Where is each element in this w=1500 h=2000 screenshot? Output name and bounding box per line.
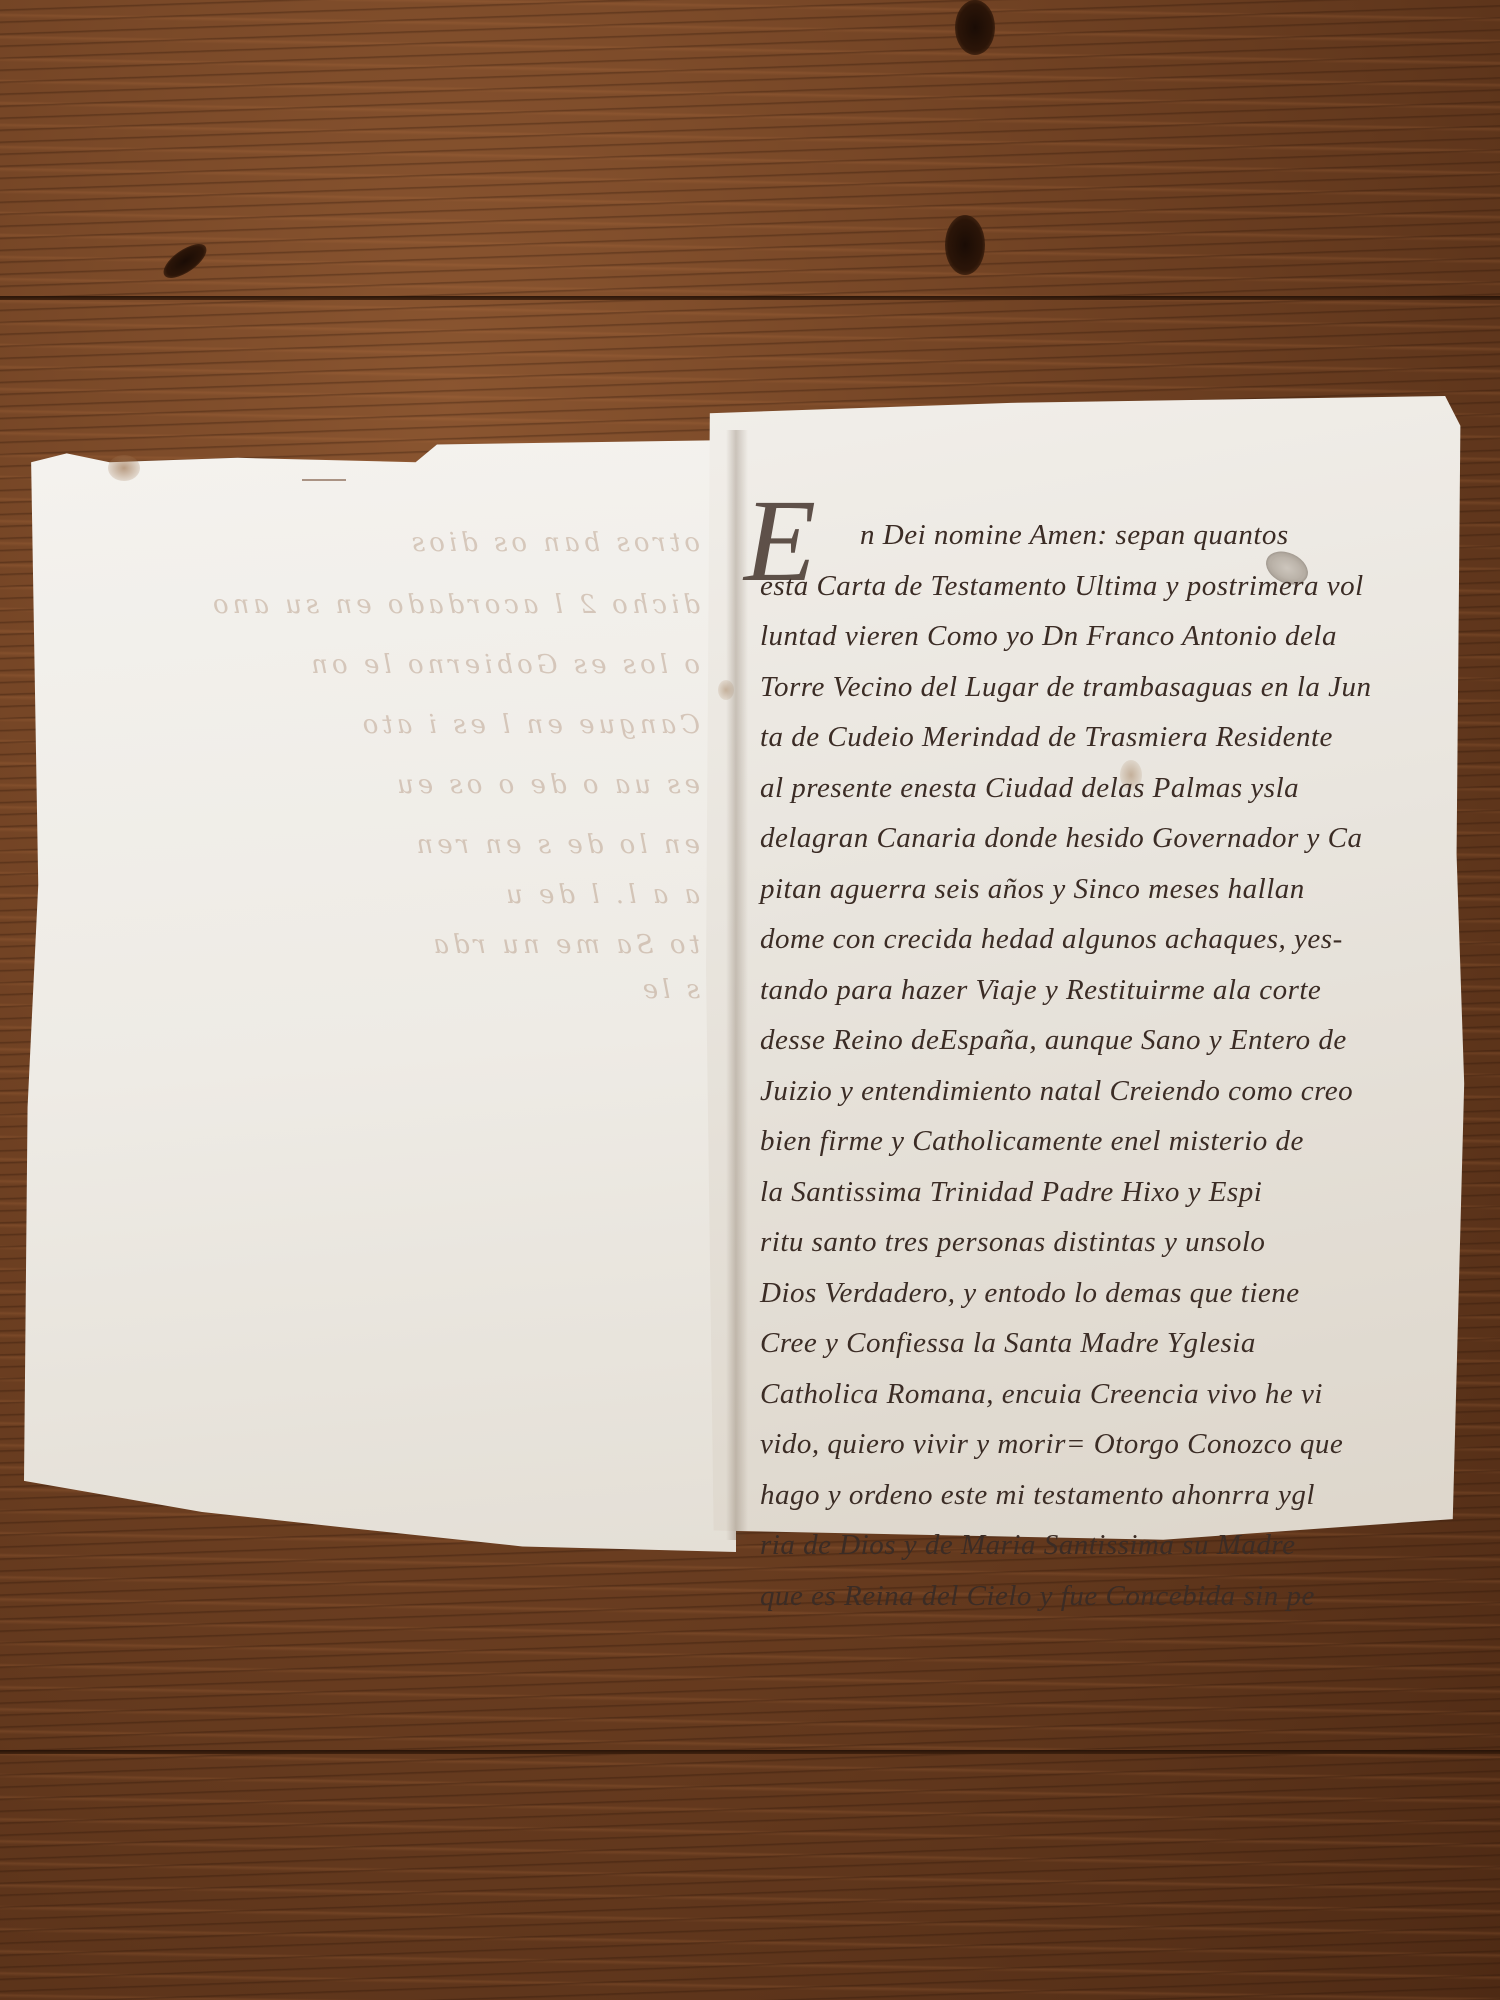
manuscript-line: dome con crecida hedad algunos achaques,… [760, 914, 1450, 965]
manuscript-line: luntad vieren Como yo Dn Franco Antonio … [760, 611, 1450, 662]
manuscript-line: la Santissima Trinidad Padre Hixo y Espi [760, 1167, 1450, 1218]
paper-stain [108, 455, 140, 481]
page-cross-mark [302, 479, 346, 481]
wood-knot [945, 215, 985, 275]
table-plank-seam [0, 1750, 1500, 1754]
bleed-through-line: dicho 2 l acordado en su ano [60, 590, 700, 620]
manuscript-line: Cree y Confiessa la Santa Madre Yglesia [760, 1318, 1450, 1369]
table-plank-seam [0, 296, 1500, 300]
manuscript-line: n Dei nomine Amen: sepan quantos [760, 510, 1450, 561]
bleed-through-line: a a l. l de u [60, 880, 700, 910]
bleed-through-line: en lo de s en ren [60, 830, 700, 860]
manuscript-text: n Dei nomine Amen: sepan quantos esta Ca… [760, 510, 1450, 1621]
ink-stain [718, 680, 734, 700]
manuscript-line: delagran Canaria donde hesido Governador… [760, 813, 1450, 864]
manuscript-line: hago y ordeno este mi testamento ahonrra… [760, 1470, 1450, 1521]
manuscript-line: ria de Dios y de Maria Santissima su Mad… [760, 1520, 1450, 1571]
manuscript-line: ritu santo tres personas distintas y uns… [760, 1217, 1450, 1268]
manuscript-line: Torre Vecino del Lugar de trambasaguas e… [760, 662, 1450, 713]
manuscript-line: Dios Verdadero, y entodo lo demas que ti… [760, 1268, 1450, 1319]
manuscript-line: bien firme y Catholicamente enel misteri… [760, 1116, 1450, 1167]
bleed-through-line: s le [60, 975, 700, 1005]
bleed-through-line: to Sa me nu rda [60, 930, 700, 960]
bleed-through-line: es ua o de o os eu [60, 770, 700, 800]
wood-knot [955, 0, 995, 55]
manuscript-line: desse Reino deEspaña, aunque Sano y Ente… [760, 1015, 1450, 1066]
bleed-through-line: Cangue en l es i ato [60, 710, 700, 740]
manuscript-line: vido, quiero vivir y morir= Otorgo Conoz… [760, 1419, 1450, 1470]
manuscript-line: esta Carta de Testamento Ultima y postri… [760, 561, 1450, 612]
bleed-through-line: o los es Gobierno le on [60, 650, 700, 680]
manuscript-line: que es Reina del Cielo y fue Concebida s… [760, 1571, 1450, 1622]
manuscript-line: ta de Cudeio Merindad de Trasmiera Resid… [760, 712, 1450, 763]
manuscript-line: pitan aguerra seis años y Sinco meses ha… [760, 864, 1450, 915]
manuscript-line: Catholica Romana, encuia Creencia vivo h… [760, 1369, 1450, 1420]
bleed-through-line: otros ban os dios [60, 528, 700, 558]
manuscript-line: Juizio y entendimiento natal Creiendo co… [760, 1066, 1450, 1117]
manuscript-line: tando para hazer Viaje y Restituirme ala… [760, 965, 1450, 1016]
manuscript-line: al presente enesta Ciudad delas Palmas y… [760, 763, 1450, 814]
